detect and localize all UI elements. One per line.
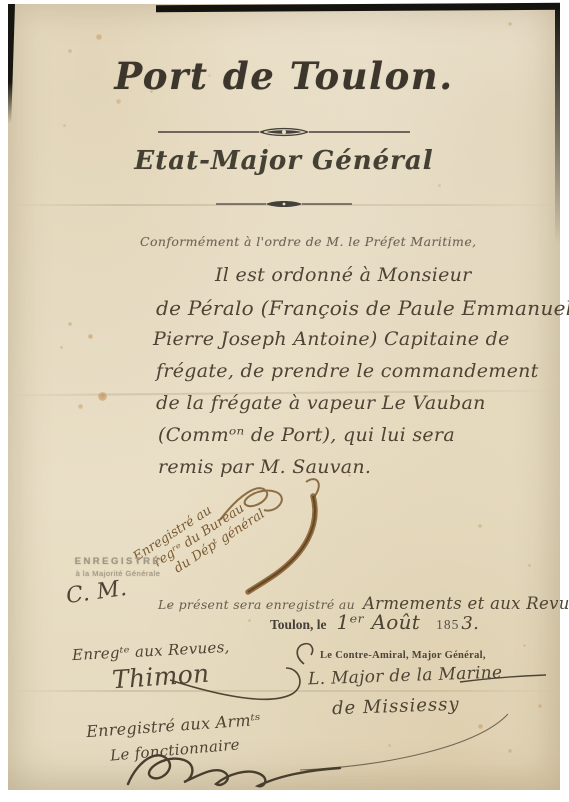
ornamental-divider-small bbox=[8, 194, 560, 213]
body-line: (Commᵒⁿ de Port), qui lui sera bbox=[158, 424, 455, 446]
body-line: Pierre Joseph Antoine) Capitaine de bbox=[153, 328, 510, 350]
stamp-line1: ENREGISTRÉ bbox=[58, 556, 178, 567]
scan-edge-top bbox=[156, 3, 560, 12]
date-year-handwritten: 3. bbox=[461, 613, 479, 634]
preamble-line: Conformément à l'ordre de M. le Préfet M… bbox=[140, 234, 477, 249]
date-line: Toulon, le 1ᵉʳ Août 185 3. bbox=[270, 610, 479, 634]
body-line: de Péralo (François de Paule Emmanuel bbox=[156, 296, 569, 320]
document-title: Port de Toulon. bbox=[8, 54, 560, 98]
rank-handwritten: L. Major de la Marine bbox=[308, 663, 503, 690]
stamp-initials: C. M. bbox=[65, 576, 129, 609]
document-photo: Port de Toulon. Etat-Major Général Confo… bbox=[8, 4, 560, 790]
signature-missiessy: de Missiessy bbox=[332, 694, 460, 719]
date-day-handwritten: 1ᵉʳ Août bbox=[337, 610, 421, 634]
document-subtitle: Etat-Major Général bbox=[8, 146, 560, 176]
body-line: de la frégate à vapeur Le Vauban bbox=[156, 392, 486, 414]
body-line: Il est ordonné à Monsieur bbox=[215, 264, 472, 286]
registry-stamp: ENREGISTRÉ à la Majorité Générale bbox=[58, 556, 178, 578]
signature-thimon: Thimon bbox=[111, 659, 210, 695]
body-line: frégate, de prendre le commandement bbox=[156, 360, 539, 382]
date-year-printed: 185 bbox=[436, 617, 459, 633]
paper-crease bbox=[8, 690, 560, 692]
date-place: Toulon, le bbox=[270, 617, 327, 633]
ornamental-divider bbox=[8, 124, 560, 143]
note-fonctionnaire: Le fonctionnaire bbox=[109, 735, 240, 764]
official-title: Le Contre-Amiral, Major Général, bbox=[320, 650, 486, 661]
